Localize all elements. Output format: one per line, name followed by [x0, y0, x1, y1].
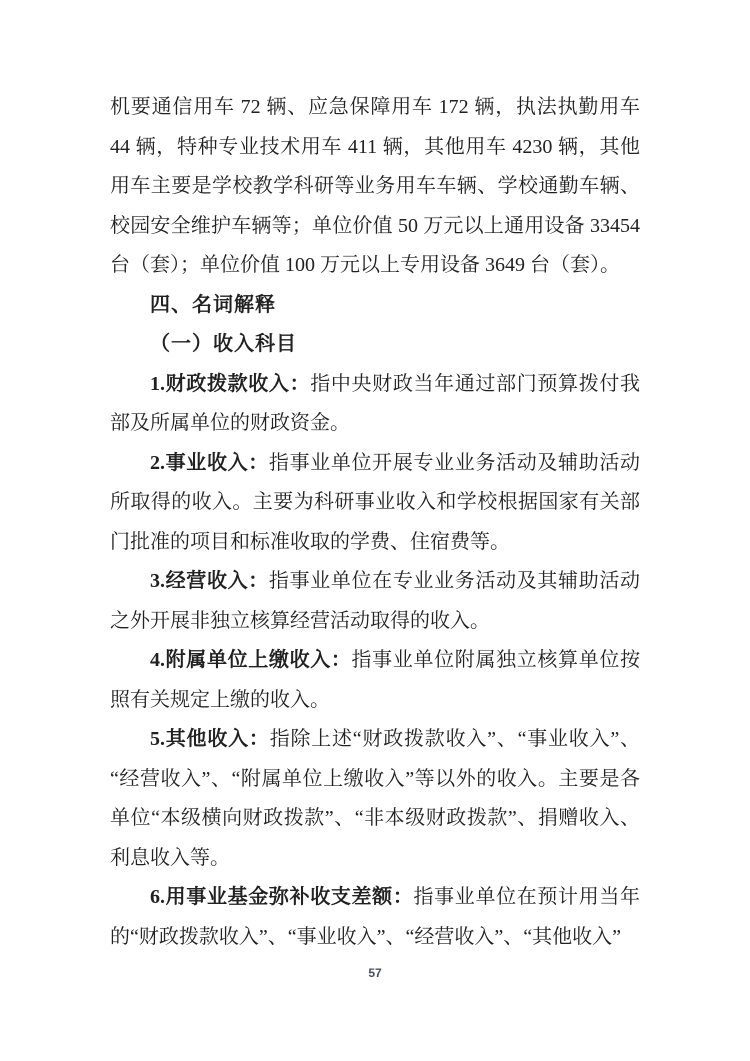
paragraph-vehicles-equipment: 机要通信用车 72 辆、应急保障用车 172 辆，执法执勤用车 44 辆，特种专…	[110, 88, 640, 286]
page-number: 57	[0, 966, 750, 980]
term-paragraph-other-income: 5.其他收入：指除上述“财政拨款收入”、“事业收入”、“经营收入”、“附属单位上…	[110, 720, 640, 878]
term-lead: 5.其他收入：	[150, 728, 270, 750]
document-page: 机要通信用车 72 辆、应急保障用车 172 辆，执法执勤用车 44 辆，特种专…	[0, 0, 750, 1061]
term-lead: 3.经营收入：	[150, 570, 269, 592]
term-lead: 1.财政拨款收入：	[150, 373, 310, 395]
term-lead: 6.用事业基金弥补收支差额：	[150, 886, 413, 908]
term-paragraph-institutional-income: 2.事业收入：指事业单位开展专业业务活动及辅助活动所取得的收入。主要为科研事业收…	[110, 444, 640, 563]
section-heading: 四、名词解释	[110, 286, 640, 326]
term-paragraph-fiscal-appropriation-income: 1.财政拨款收入：指中央财政当年通过部门预算拨付我部及所属单位的财政资金。	[110, 365, 640, 444]
term-paragraph-subsidiary-remittance-income: 4.附属单位上缴收入：指事业单位附属独立核算单位按照有关规定上缴的收入。	[110, 641, 640, 720]
subsection-heading: （一）收入科目	[110, 325, 640, 365]
term-lead: 2.事业收入：	[150, 452, 269, 474]
term-lead: 4.附属单位上缴收入：	[150, 649, 352, 671]
page-content: 机要通信用车 72 辆、应急保障用车 172 辆，执法执勤用车 44 辆，特种专…	[110, 88, 640, 957]
paragraph-text: 机要通信用车 72 辆、应急保障用车 172 辆，执法执勤用车 44 辆，特种专…	[110, 96, 640, 276]
term-paragraph-fund-deficit-offset: 6.用事业基金弥补收支差额：指事业单位在预计用当年的“财政拨款收入”、“事业收入…	[110, 878, 640, 957]
term-paragraph-operating-income: 3.经营收入：指事业单位在专业业务活动及其辅助活动之外开展非独立核算经营活动取得…	[110, 562, 640, 641]
